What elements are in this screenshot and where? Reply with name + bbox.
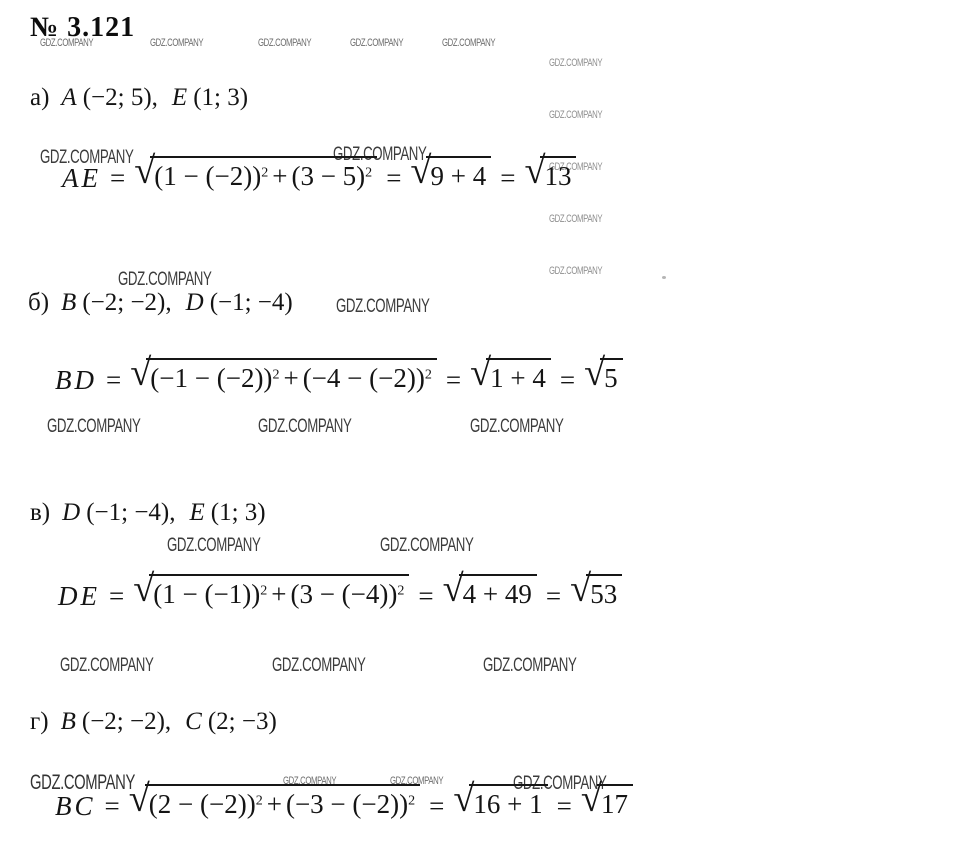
exponent: 2	[408, 792, 415, 808]
square-root: √ 9 + 4	[410, 156, 491, 192]
watermark: GDZ.COMPANY	[150, 37, 203, 49]
radical-sign: √	[133, 572, 154, 607]
square-root: √ 5	[584, 358, 623, 394]
equals-sign: =	[551, 358, 584, 396]
watermark: GDZ.COMPANY	[442, 37, 495, 49]
point-name: B	[61, 708, 76, 736]
radicand: 9 + 4	[426, 156, 491, 192]
difference-term: (1 − (−2))	[154, 161, 261, 191]
difference-term: (3 − (−4))	[290, 579, 397, 609]
radical-sign: √	[581, 782, 602, 817]
watermark: GDZ.COMPANY	[549, 265, 602, 277]
watermark: GDZ.COMPANY	[380, 534, 473, 556]
square-root: √ 53	[570, 574, 622, 610]
point-coords: (1; 3)	[193, 84, 248, 112]
equals-sign: =	[377, 156, 410, 194]
distance-formula-b: BD = √ (−1 − (−2))2+(−4 − (−2))2 = √ 1 +…	[55, 358, 623, 396]
difference-term: (2 − (−2))	[149, 789, 256, 819]
radical-sign: √	[129, 782, 150, 817]
square-root: √ 4 + 49	[443, 574, 537, 610]
formula-lhs: DE	[58, 574, 100, 612]
radical-sign: √	[584, 356, 605, 391]
watermark: GDZ.COMPANY	[118, 268, 211, 290]
part-label: в)	[30, 499, 50, 527]
square-root: √ (1 − (−2))2+(3 − 5)2	[134, 156, 377, 192]
difference-term: (3 − 5)	[291, 161, 365, 191]
equals-sign: =	[97, 358, 130, 396]
formula-lhs: BC	[55, 784, 96, 822]
distance-formula-g: BC = √ (2 − (−2))2+(−3 − (−2))2 = √ 16 +…	[55, 784, 633, 822]
point-name: D	[186, 289, 204, 317]
difference-term: (−3 − (−2))	[286, 789, 408, 819]
radicand: 13	[540, 156, 576, 192]
radical-sign: √	[130, 356, 151, 391]
watermark: GDZ.COMPANY	[549, 57, 602, 69]
watermark: GDZ.COMPANY	[60, 654, 153, 676]
square-root: √ 17	[581, 784, 633, 820]
watermark: GDZ.COMPANY	[549, 109, 602, 121]
radical-sign: √	[524, 154, 545, 189]
watermark: GDZ.COMPANY	[258, 37, 311, 49]
radicand: (1 − (−1))2+(3 − (−4))2	[149, 574, 409, 610]
radicand: 4 + 49	[459, 574, 537, 610]
square-root: √ (−1 − (−2))2+(−4 − (−2))2	[130, 358, 437, 394]
plus-sign: +	[263, 789, 286, 819]
part-g-header: г) B (−2; −2), C (2; −3)	[30, 708, 291, 736]
radicand: 1 + 4	[486, 358, 551, 394]
scan-speck-dot	[662, 276, 666, 279]
square-root: √ 13	[524, 156, 576, 192]
distance-formula-a: AE = √ (1 − (−2))2+(3 − 5)2 = √ 9 + 4 = …	[62, 156, 576, 194]
watermark: GDZ.COMPANY	[549, 213, 602, 225]
watermark: GDZ.COMPANY	[470, 415, 563, 437]
difference-term: (1 − (−1))	[153, 579, 260, 609]
exponent: 2	[397, 582, 404, 598]
square-root: √ (1 − (−1))2+(3 − (−4))2	[133, 574, 409, 610]
radical-sign: √	[443, 572, 464, 607]
point-name: C	[185, 708, 202, 736]
equals-sign: =	[491, 156, 524, 194]
point-coords: (−2; −2),	[82, 708, 171, 736]
difference-term: (−1 − (−2))	[150, 363, 272, 393]
radicand: (2 − (−2))2+(−3 − (−2))2	[145, 784, 420, 820]
formula-lhs: AE	[62, 156, 101, 194]
exponent: 2	[425, 366, 432, 382]
part-label: а)	[30, 84, 49, 112]
point-coords: (−1; −4),	[86, 499, 175, 527]
distance-formula-v: DE = √ (1 − (−1))2+(3 − (−4))2 = √ 4 + 4…	[58, 574, 622, 612]
watermark: GDZ.COMPANY	[350, 37, 403, 49]
equals-sign: =	[100, 574, 133, 612]
square-root: √ 1 + 4	[470, 358, 551, 394]
watermark: GDZ.COMPANY	[272, 654, 365, 676]
equals-sign: =	[437, 358, 470, 396]
formula-lhs: BD	[55, 358, 97, 396]
watermark: GDZ.COMPANY	[47, 415, 140, 437]
equals-sign: =	[420, 784, 453, 822]
equals-sign: =	[409, 574, 442, 612]
radicand: 53	[586, 574, 622, 610]
part-label: б)	[28, 289, 49, 317]
point-name: E	[190, 499, 205, 527]
part-v-header: в) D (−1; −4), E (1; 3)	[30, 499, 280, 527]
radicand: (1 − (−2))2+(3 − 5)2	[150, 156, 377, 192]
radical-sign: √	[470, 356, 491, 391]
point-name: D	[62, 499, 80, 527]
point-coords: (−1; −4)	[210, 289, 293, 317]
radical-sign: √	[134, 154, 155, 189]
difference-term: (−4 − (−2))	[303, 363, 425, 393]
part-b-header: б) B (−2; −2), D (−1; −4)	[28, 289, 307, 317]
plus-sign: +	[267, 579, 290, 609]
radicand: 17	[597, 784, 633, 820]
point-coords: (2; −3)	[208, 708, 277, 736]
plus-sign: +	[279, 363, 302, 393]
exponent: 2	[365, 164, 372, 180]
equals-sign: =	[537, 574, 570, 612]
equals-sign: =	[548, 784, 581, 822]
radical-sign: √	[453, 782, 474, 817]
point-coords: (1; 3)	[211, 499, 266, 527]
part-label: г)	[30, 708, 49, 736]
watermark: GDZ.COMPANY	[40, 37, 93, 49]
scanned-solution-page: № 3.121 GDZ.COMPANY GDZ.COMPANY GDZ.COMP…	[0, 0, 957, 855]
watermark: GDZ.COMPANY	[167, 534, 260, 556]
radical-sign: √	[570, 572, 591, 607]
watermark: GDZ.COMPANY	[336, 295, 429, 317]
point-coords: (−2; 5),	[83, 84, 158, 112]
square-root: √ 16 + 1	[453, 784, 547, 820]
exponent: 2	[256, 792, 263, 808]
watermark: GDZ.COMPANY	[258, 415, 351, 437]
square-root: √ (2 − (−2))2+(−3 − (−2))2	[129, 784, 420, 820]
watermark: GDZ.COMPANY	[483, 654, 576, 676]
equals-sign: =	[96, 784, 129, 822]
radicand: 16 + 1	[469, 784, 547, 820]
part-a-header: а) A (−2; 5), E (1; 3)	[30, 84, 262, 112]
point-coords: (−2; −2),	[82, 289, 171, 317]
point-name: A	[61, 84, 76, 112]
point-name: B	[61, 289, 76, 317]
plus-sign: +	[268, 161, 291, 191]
point-name: E	[172, 84, 187, 112]
radicand: (−1 − (−2))2+(−4 − (−2))2	[146, 358, 437, 394]
radical-sign: √	[410, 154, 431, 189]
equals-sign: =	[101, 156, 134, 194]
